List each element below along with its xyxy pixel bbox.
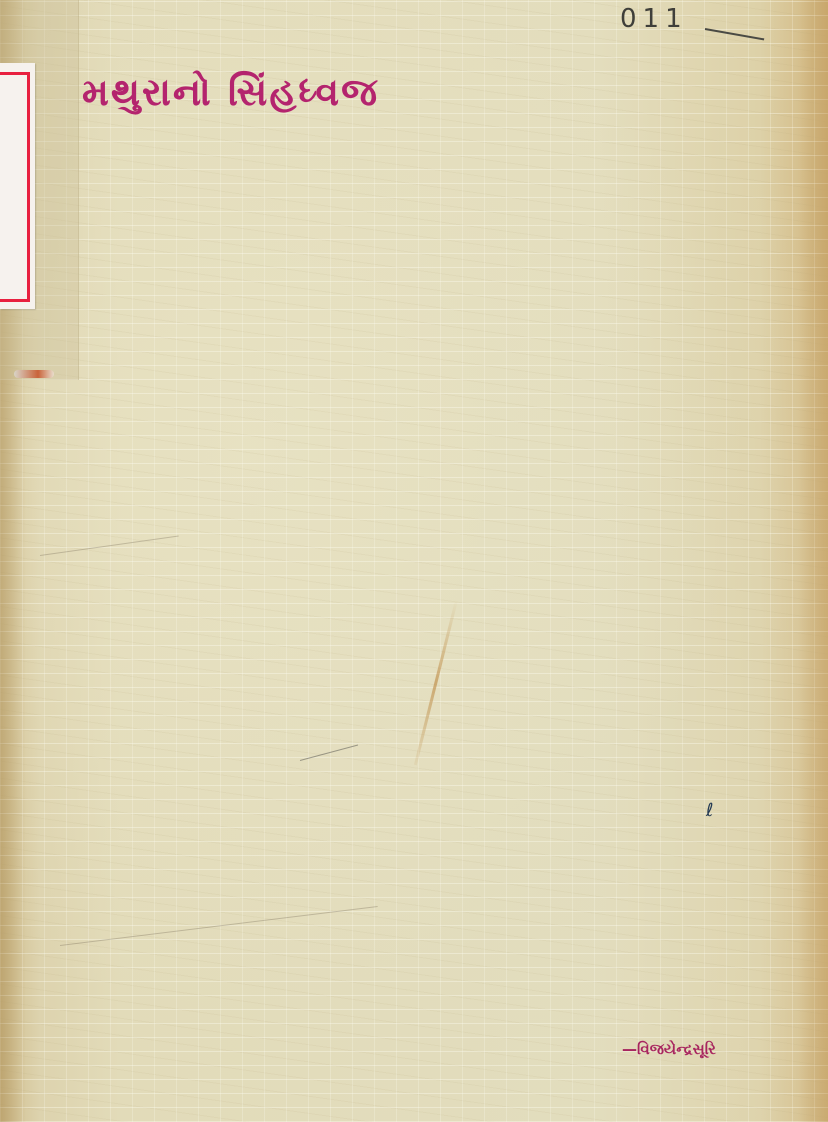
right-edge-discoloration xyxy=(798,0,828,1122)
library-label-frame xyxy=(0,72,30,302)
staple xyxy=(14,370,54,378)
pen-mark: ℓ xyxy=(706,800,713,821)
crease-line xyxy=(300,744,358,760)
leather-texture xyxy=(0,0,828,1122)
crease-line xyxy=(60,906,378,946)
stain-streak xyxy=(414,600,458,766)
catalog-number: 011 xyxy=(620,4,688,34)
catalog-pencil-stroke xyxy=(705,28,764,40)
crease-line xyxy=(40,536,179,556)
library-label xyxy=(0,63,35,309)
book-title: મથુરાનો સિંહધ્વજ xyxy=(82,70,379,115)
book-cover: મથુરાનો સિંહધ્વજ 011 ℓ —વિજયેન્દ્રસૂરિ xyxy=(0,0,828,1122)
author-name: —વિજયેન્દ્રસૂરિ xyxy=(622,1040,716,1058)
